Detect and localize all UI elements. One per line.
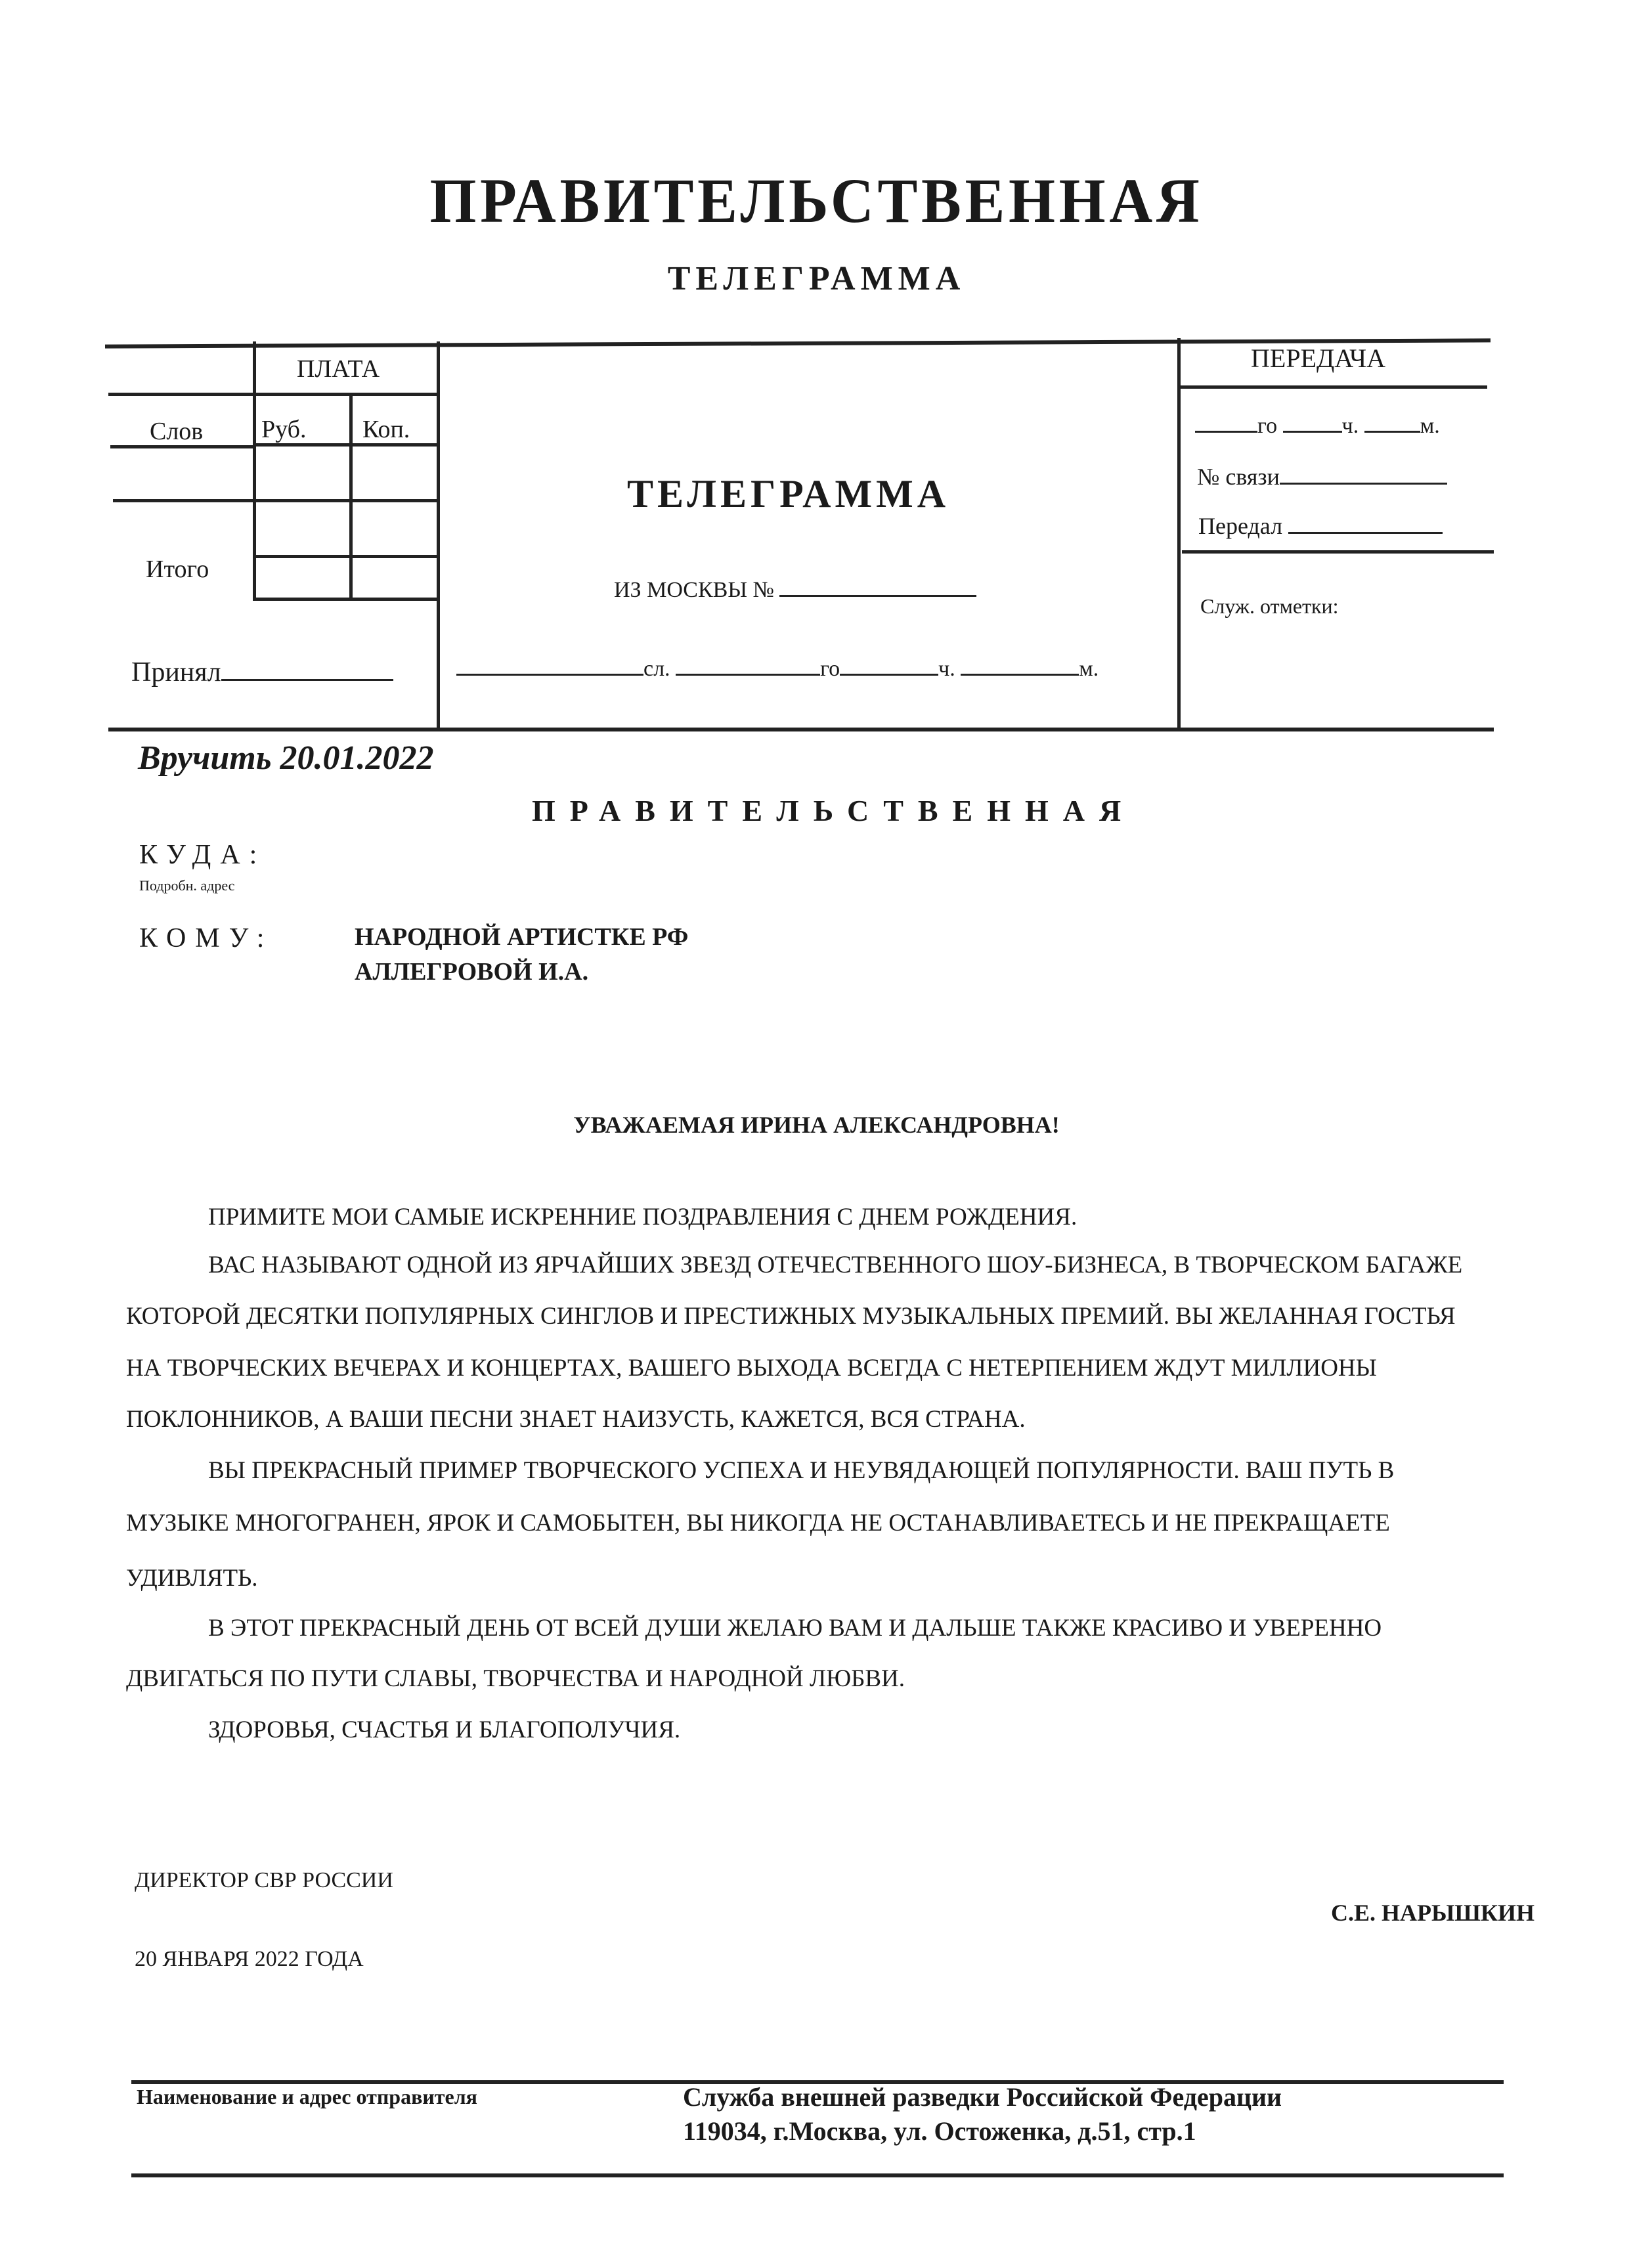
m-label: м. <box>1420 414 1440 438</box>
hour-blank <box>840 674 938 676</box>
message-line: КОТОРОЙ ДЕСЯТКИ ПОПУЛЯРНЫХ СИНГЛОВ И ПРЕ… <box>126 1302 1456 1330</box>
ch-label: ч. <box>1342 414 1359 438</box>
words-blank <box>456 674 643 676</box>
payment-heading: ПЛАТА <box>297 355 380 383</box>
telegram-type: ПРАВИТЕЛЬСТВЕННАЯ <box>532 793 1135 828</box>
link-number-blank <box>1280 483 1447 485</box>
day-blank <box>676 674 820 676</box>
message-line: УДИВЛЯТЬ. <box>126 1564 258 1592</box>
message-line: ПОКЛОННИКОВ, А ВАШИ ПЕСНИ ЗНАЕТ НАИЗУСТЬ… <box>126 1405 1026 1433</box>
kop-label: Коп. <box>362 415 410 444</box>
accepted-label: Принял <box>131 657 221 687</box>
telegram-number-blank <box>779 595 976 597</box>
message-line: ВЫ ПРЕКРАСНЫЙ ПРИМЕР ТВОРЧЕСКОГО УСПЕХА … <box>208 1456 1394 1485</box>
m-label: м. <box>1079 657 1099 681</box>
hour-blank <box>1283 431 1342 433</box>
signer-name: С.Е. НАРЫШКИН <box>1331 1899 1535 1927</box>
message-line: ДВИГАТЬСЯ ПО ПУТИ СЛАВЫ, ТВОРЧЕСТВА И НА… <box>126 1665 905 1693</box>
message-line: ПРИМИТЕ МОИ САМЫЕ ИСКРЕННИЕ ПОЗДРАВЛЕНИЯ… <box>208 1203 1077 1231</box>
total-label: Итого <box>146 555 209 584</box>
sent-by-blank <box>1288 532 1443 534</box>
transmission-time-row: го ч. м. <box>1195 414 1440 439</box>
where-label: КУДА: <box>139 839 266 871</box>
accepted-blank <box>221 679 393 681</box>
link-number-field: № связи <box>1197 463 1447 491</box>
signature-date: 20 ЯНВАРЯ 2022 ГОДА <box>135 1947 364 1972</box>
sender-address: 119034, г.Москва, ул. Остоженка, д.51, с… <box>683 2116 1196 2147</box>
recipient-line-2: АЛЛЕГРОВОЙ И.А. <box>355 957 588 986</box>
signer-position: ДИРЕКТОР СВР РОССИИ <box>135 1868 393 1893</box>
sent-by-label: Передал <box>1198 513 1282 539</box>
from-moscow-label: ИЗ МОСКВЫ № <box>614 578 774 602</box>
center-title: ТЕЛЕГРАММА <box>627 471 949 517</box>
sender-label: Наименование и адрес отправителя <box>137 2085 477 2109</box>
go-label: го <box>1257 414 1277 438</box>
message-line: В ЭТОТ ПРЕКРАСНЫЙ ДЕНЬ ОТ ВСЕЙ ДУШИ ЖЕЛА… <box>208 1614 1382 1642</box>
message-line: ЗДОРОВЬЯ, СЧАСТЬЯ И БЛАГОПОЛУЧИЯ. <box>208 1716 680 1744</box>
recipient-line-1: НАРОДНОЙ АРТИСТКЕ РФ <box>355 923 688 951</box>
sent-by-field: Передал <box>1198 512 1443 540</box>
rub-label: Руб. <box>261 415 306 444</box>
where-hint: Подробн. адрес <box>139 877 234 894</box>
message-line: НА ТВОРЧЕСКИХ ВЕЧЕРАХ И КОНЦЕРТАХ, ВАШЕГ… <box>126 1354 1377 1382</box>
service-marks-label: Служ. отметки: <box>1200 594 1339 619</box>
accepted-field: Принял <box>131 657 393 688</box>
ch-label: ч. <box>938 657 955 681</box>
link-number-label: № связи <box>1197 464 1280 490</box>
minute-blank <box>961 674 1079 676</box>
day-blank <box>1195 431 1257 433</box>
sl-label: сл. <box>643 657 670 681</box>
sender-org: Служба внешней разведки Российской Федер… <box>683 2082 1282 2112</box>
footer-bottom-rule <box>131 2173 1504 2177</box>
words-label: Слов <box>150 417 203 446</box>
deliver-date: Вручить 20.01.2022 <box>138 739 434 777</box>
go-label: го <box>820 657 840 681</box>
center-time-row: сл. гоч. м. <box>456 657 1099 682</box>
document-title: ПРАВИТЕЛЬСТВЕННАЯ <box>41 164 1592 237</box>
message-line: МУЗЫКЕ МНОГОГРАНЕН, ЯРОК И САМОБЫТЕН, ВЫ… <box>126 1509 1390 1537</box>
to-label: КОМУ: <box>139 923 273 954</box>
from-moscow-field: ИЗ МОСКВЫ № <box>614 578 976 603</box>
transmission-heading: ПЕРЕДАЧА <box>1251 343 1385 374</box>
salutation: УВАЖАЕМАЯ ИРИНА АЛЕКСАНДРОВНА! <box>0 1111 1633 1139</box>
message-line: ВАС НАЗЫВАЮТ ОДНОЙ ИЗ ЯРЧАЙШИХ ЗВЕЗД ОТЕ… <box>208 1251 1462 1279</box>
minute-blank <box>1364 431 1420 433</box>
document-subtitle: ТЕЛЕГРАММА <box>0 259 1633 298</box>
